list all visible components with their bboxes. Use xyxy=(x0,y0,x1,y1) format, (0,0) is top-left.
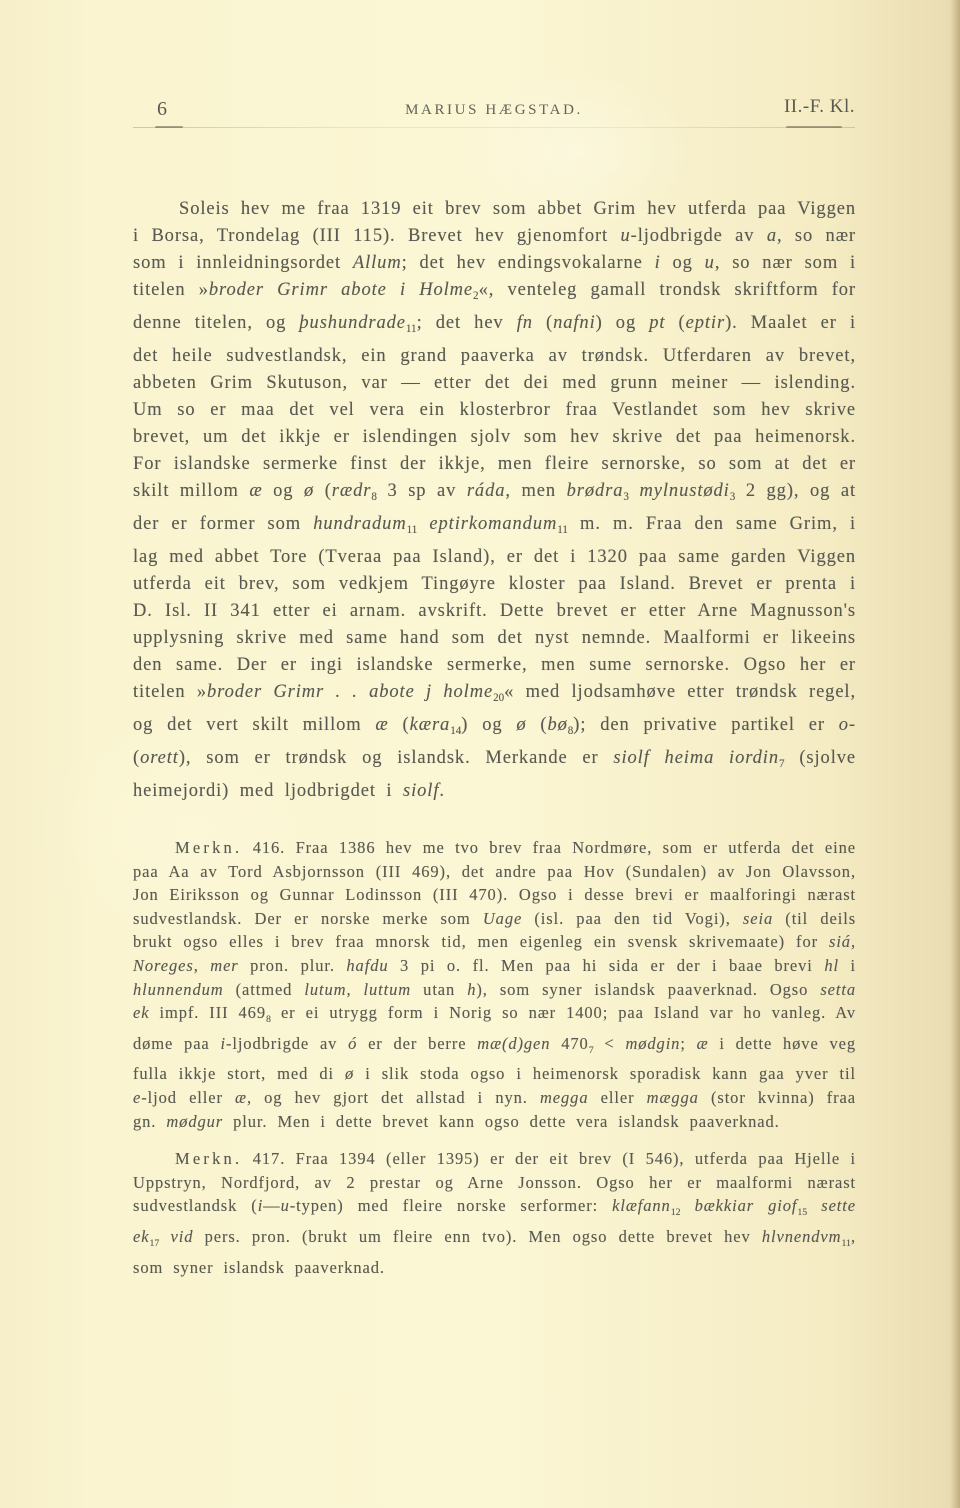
cited-form: siolf xyxy=(403,781,439,801)
cited-form: megga xyxy=(540,1088,589,1107)
text-run xyxy=(807,1196,821,1215)
text-run: , xyxy=(346,980,363,999)
cited-form: bø xyxy=(547,715,567,735)
text-run: i slik stoda ogso i heimenorsk sporadisk… xyxy=(354,1064,856,1083)
reference-subscript: 12 xyxy=(671,1207,681,1218)
cited-form: bækkiar giof xyxy=(695,1196,798,1215)
cited-form: æ xyxy=(235,1088,247,1107)
reference-subscript: 11 xyxy=(557,524,568,536)
cited-form: hl xyxy=(824,956,839,975)
text-run: i xyxy=(839,956,856,975)
cited-form: rædr xyxy=(332,481,372,501)
cited-form: luttum xyxy=(364,980,412,999)
running-title: MARIUS HÆGSTAD. xyxy=(133,102,855,119)
text-run: Merkn. xyxy=(175,838,242,857)
text-run: , og hev gjort det allstad i nyn. xyxy=(247,1088,540,1107)
text-run: , men xyxy=(505,481,566,501)
cited-form: klæfann xyxy=(612,1196,671,1215)
paragraph-merkn-417: Merkn. 417. Fraa 1394 (eller 1395) er de… xyxy=(133,1147,856,1279)
text-run: < xyxy=(594,1034,626,1053)
text-run: ( xyxy=(133,748,140,768)
cited-form: eptirkomandum xyxy=(429,514,557,534)
text-run xyxy=(681,1196,695,1215)
cited-form: nafni xyxy=(553,313,596,333)
reference-subscript: 11 xyxy=(407,524,418,536)
text-run: ( xyxy=(314,481,332,501)
text-run: (isl. paa den tid Vogi), xyxy=(522,909,743,928)
cited-form: a xyxy=(767,226,777,246)
cited-form: seia xyxy=(743,909,773,928)
cited-form: ráda xyxy=(467,481,506,501)
text-run: ( xyxy=(389,715,410,735)
cited-form: o- xyxy=(839,715,856,735)
text-run: pers. pron. (brukt um fleire enn tvo). M… xyxy=(193,1227,761,1246)
text-run: ; det hev endingsvokalarne xyxy=(402,253,655,273)
cited-form: siolf heima iordin xyxy=(613,748,779,768)
text-run: ; det hev xyxy=(417,313,517,333)
cited-form: eptir xyxy=(686,313,725,333)
reference-subscript: 20 xyxy=(493,692,504,704)
cited-form: hundradum xyxy=(313,514,406,534)
text-run: , xyxy=(851,932,856,951)
cited-form: u xyxy=(281,1196,290,1215)
cited-form: mæ(d)gen xyxy=(477,1034,550,1053)
text-run: -ljodbrigde av xyxy=(631,226,767,246)
text-run: og xyxy=(263,481,304,501)
text-run: pron. plur. xyxy=(239,956,347,975)
text-run: utan xyxy=(411,980,467,999)
text-run: Merkn. xyxy=(175,1149,242,1168)
text-run: (attmed xyxy=(224,980,305,999)
cited-form: ø xyxy=(345,1064,354,1083)
text-run: ( xyxy=(533,313,553,333)
text-run: — xyxy=(263,1196,280,1215)
text-run: ( xyxy=(665,313,685,333)
cited-form: mægga xyxy=(647,1088,699,1107)
reference-subscript: 11 xyxy=(406,323,417,335)
cited-form: siá xyxy=(829,932,851,951)
text-run: eller xyxy=(588,1088,646,1107)
text-run: 3 pi o. fl. Men paa hi sida er der i baa… xyxy=(389,956,825,975)
text-run: , xyxy=(194,956,211,975)
text-run: m. m. Fraa den same Grim, i lag med abbe… xyxy=(133,514,856,702)
cited-form: hafdu xyxy=(346,956,388,975)
cited-form: æ xyxy=(375,715,388,735)
cited-form: mer xyxy=(210,956,238,975)
reference-subscript: 15 xyxy=(797,1207,807,1218)
text-run: og xyxy=(661,253,705,273)
text-run: ; xyxy=(680,1034,696,1053)
text-run: ) og xyxy=(596,313,650,333)
text-run: ). Maalet er i det heile sudvestlandsk, … xyxy=(133,313,856,501)
text-run xyxy=(629,481,640,501)
scan-edge-shade xyxy=(950,0,960,1508)
cited-form: mødgur xyxy=(166,1112,223,1131)
text-block: Soleis hev me fraa 1319 eit brev som abb… xyxy=(133,196,856,1279)
cited-form: Allum xyxy=(353,253,402,273)
series-label: II.-F. Kl. xyxy=(784,96,855,118)
cited-form: kæra xyxy=(410,715,451,735)
cited-form: fn xyxy=(517,313,533,333)
text-run: plur. Men i dette brevet kann ogso dette… xyxy=(223,1112,780,1131)
text-run: ( xyxy=(527,715,548,735)
text-run: impf. III 469 xyxy=(149,1003,266,1022)
cited-form: vid xyxy=(171,1227,194,1246)
reference-subscript: 14 xyxy=(450,725,461,737)
text-run: ), som er trøndsk og islandsk. Merkande … xyxy=(179,748,614,768)
text-run xyxy=(417,514,429,534)
cited-form: lutum xyxy=(304,980,346,999)
cited-form: brødra xyxy=(567,481,624,501)
cited-form: broder Grimr abote i Holme xyxy=(209,280,473,300)
text-run: . xyxy=(439,781,445,801)
cited-form: Uage xyxy=(483,909,522,928)
header-rule xyxy=(133,127,855,128)
cited-form: hlvnendvm xyxy=(762,1227,842,1246)
paragraph-intro: Soleis hev me fraa 1319 eit brev som abb… xyxy=(133,196,856,805)
text-run: ) og xyxy=(461,715,516,735)
text-run: -ljodbrigde av xyxy=(226,1034,348,1053)
text-run: -typen) med fleire norske serformer: xyxy=(290,1196,612,1215)
cited-form: broder Grimr . . abote j holme xyxy=(207,682,493,702)
reference-subscript: 11 xyxy=(841,1238,851,1249)
cited-form: u xyxy=(705,253,715,273)
page-header: 6 MARIUS HÆGSTAD. II.-F. Kl. xyxy=(133,96,855,126)
cited-form: ó xyxy=(348,1034,357,1053)
cited-form: hlunnendum xyxy=(133,980,224,999)
cited-form: pt xyxy=(649,313,665,333)
header-rule-right-dash xyxy=(786,126,842,128)
text-run: er der berre xyxy=(357,1034,477,1053)
reference-subscript: 17 xyxy=(149,1238,159,1249)
cited-form: orett xyxy=(140,748,179,768)
cited-form: æ xyxy=(697,1034,709,1053)
cited-form: e xyxy=(133,1088,141,1107)
paragraph-merkn-416: Merkn. 416. Fraa 1386 hev me tvo brev fr… xyxy=(133,836,856,1133)
cited-form: mødgin xyxy=(625,1034,680,1053)
text-run: 3 sp av xyxy=(377,481,467,501)
cited-form: ø xyxy=(516,715,526,735)
header-rule-left-dash xyxy=(155,126,183,128)
cited-form: ø xyxy=(304,481,314,501)
text-run: ); den privative partikel er xyxy=(573,715,838,735)
cited-form: u xyxy=(620,226,630,246)
cited-form: Noreges xyxy=(133,956,194,975)
book-page: 6 MARIUS HÆGSTAD. II.-F. Kl. Soleis hev … xyxy=(0,0,960,1508)
text-run: ), som syner islandsk paaverknad. Ogso xyxy=(476,980,820,999)
cited-form: þushundrade xyxy=(299,313,406,333)
cited-form: æ xyxy=(249,481,262,501)
text-run xyxy=(159,1227,170,1246)
text-run: 470 xyxy=(550,1034,588,1053)
cited-form: mylnustødi xyxy=(640,481,730,501)
text-run: -ljod eller xyxy=(141,1088,235,1107)
